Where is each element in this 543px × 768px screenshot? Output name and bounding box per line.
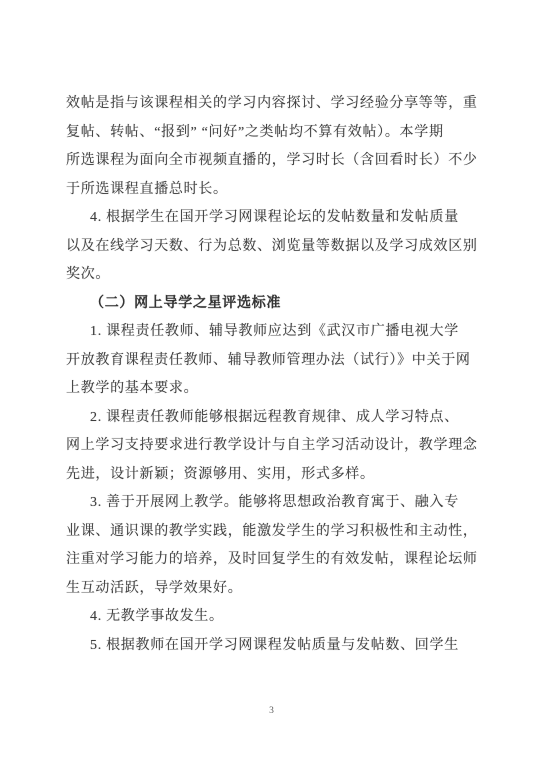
text-line: 2. 课程责任教师能够根据远程教育规律、成人学习特点、 <box>66 404 480 433</box>
text-line: 1. 课程责任教师、辅导教师应达到《武汉市广播电视大学 <box>66 318 480 347</box>
page-number: 3 <box>0 704 543 718</box>
text-line: 效帖是指与该课程相关的学习内容探讨、学习经验分享等等，重 <box>66 90 480 119</box>
text-line: 开放教育课程责任教师、辅导教师管理办法（试行）》中关于网 <box>66 347 480 376</box>
text-line: 4. 根据学生在国开学习网课程论坛的发帖数量和发帖质量 <box>66 204 480 233</box>
text-line: 注重对学习能力的培养，及时回复学生的有效发帖，课程论坛师 <box>66 546 480 575</box>
text-line: 先进，设计新颖；资源够用、实用，形式多样。 <box>66 461 480 490</box>
section-heading: （二）网上导学之星评选标准 <box>66 290 480 319</box>
text-line: 所选课程为面向全市视频直播的，学习时长（含回看时长）不少 <box>66 147 480 176</box>
text-line: 复帖、转帖、“报到” “问好”之类帖均不算有效帖）。本学期 <box>66 119 480 148</box>
document-body: 效帖是指与该课程相关的学习内容探讨、学习经验分享等等，重 复帖、转帖、“报到” … <box>66 90 480 660</box>
text-line: 奖次。 <box>66 261 480 290</box>
text-line: 3. 善于开展网上教学。能够将思想政治教育寓于、融入专 <box>66 489 480 518</box>
text-line: 网上学习支持要求进行教学设计与自主学习活动设计，教学理念 <box>66 432 480 461</box>
text-line: 5. 根据教师在国开学习网课程发帖质量与发帖数、回学生 <box>66 632 480 661</box>
text-line: 于所选课程直播总时长。 <box>66 176 480 205</box>
text-line: 4. 无教学事故发生。 <box>66 603 480 632</box>
document-page: 效帖是指与该课程相关的学习内容探讨、学习经验分享等等，重 复帖、转帖、“报到” … <box>0 0 543 768</box>
text-line: 以及在线学习天数、行为总数、浏览量等数据以及学习成效区别 <box>66 233 480 262</box>
text-line: 生互动活跃，导学效果好。 <box>66 575 480 604</box>
text-line: 业课、通识课的教学实践，能激发学生的学习积极性和主动性， <box>66 518 480 547</box>
text-line: 上教学的基本要求。 <box>66 375 480 404</box>
